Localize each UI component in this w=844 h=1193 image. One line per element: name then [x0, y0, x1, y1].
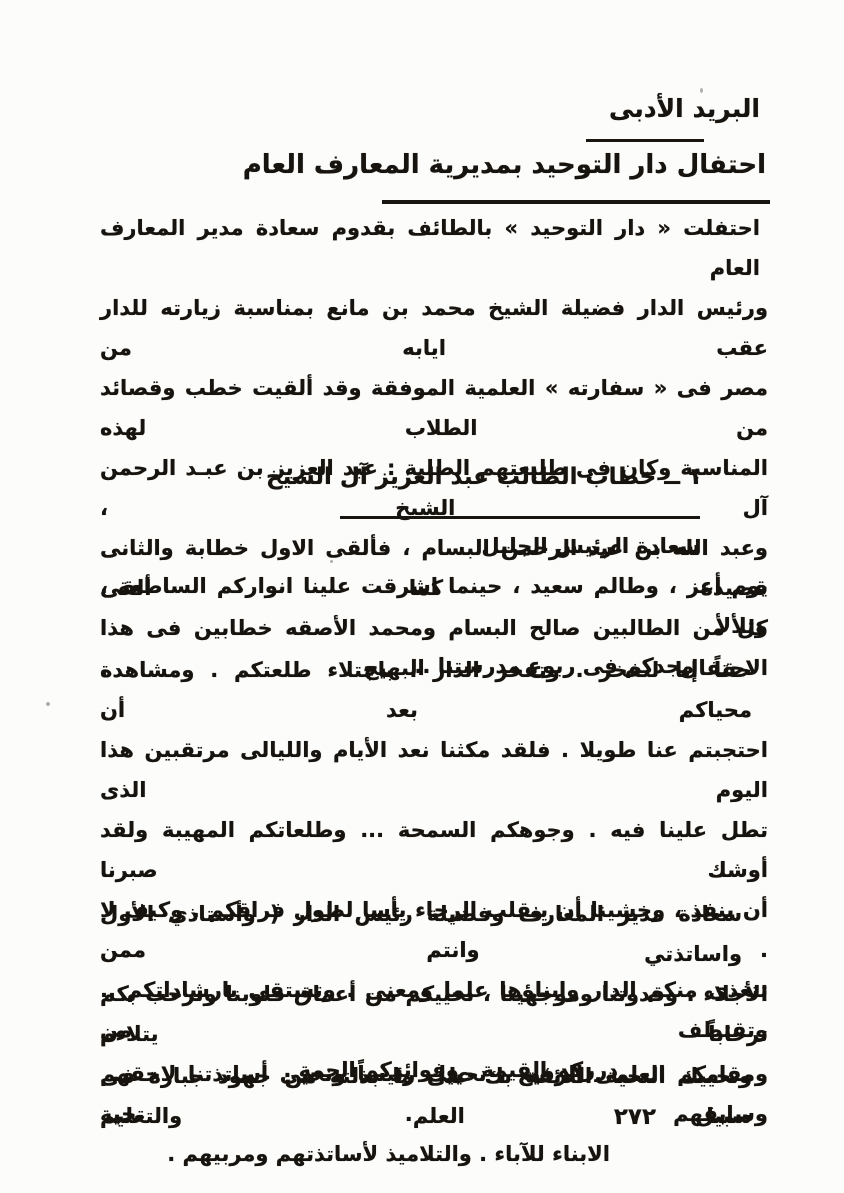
text-line: سعادة مدير المعارف وفضيلة رئيس الدار ( و…	[100, 894, 768, 974]
text-line: ورئيس الدار فضيلة الشيخ محمد بن مانع بمن…	[100, 288, 768, 368]
text-line: احتفلت « دار التوحيد » بالطائف بقدوم سعا…	[100, 208, 768, 288]
section-heading-rule	[340, 516, 700, 519]
scan-speck	[700, 88, 703, 93]
section-heading: ١ ــ خطاب الطالب عبد العزيز آل الشيخ	[266, 464, 702, 490]
text-line: تطل علينا فيه . وجوهكم السمحة ... وطلعات…	[100, 810, 768, 890]
text-line: حقاً إنا لنفخر . وتفخر الدار . باجتلاء ط…	[100, 650, 768, 730]
running-head-rule	[586, 139, 704, 142]
speech-paragraph-4: ونحييك التحية اللائقة بك على ما بذلته من…	[100, 1056, 768, 1136]
article-title-rule	[382, 200, 770, 204]
article-title: احتفال دار التوحيد بمديرية المعارف العام	[243, 150, 766, 180]
running-head: البريد الأدبى	[609, 94, 760, 123]
text-line: ونحييك التحية اللائقة بك على ما بذلته من…	[100, 1056, 768, 1136]
text-line: احتجبتم عنا طويلا . فلقد مكثنا نعد الأيا…	[100, 730, 768, 810]
text-line: الابناء للآباء . والتلاميذ لأساتذتهم ومر…	[0, 1134, 610, 1174]
scan-speck	[46, 702, 50, 706]
text-line: يوم أعز ، وطالم سعيد ، حينما اشرقت علينا…	[100, 566, 768, 646]
scanned-document-page: البريد الأدبى احتفال دار التوحيد بمديرية…	[0, 0, 844, 1193]
scan-speck	[330, 560, 333, 563]
text-line: الأجلاء . وقدوتنا وموجهينا ، نحييكم من أ…	[100, 974, 768, 1054]
salutation-line: سعادة الرئيس الجليل	[481, 534, 700, 558]
page-number: ٢٧٢	[614, 1104, 656, 1130]
text-line: مصر فى « سفارته » العلمية الموفقة وقد أل…	[100, 368, 768, 448]
